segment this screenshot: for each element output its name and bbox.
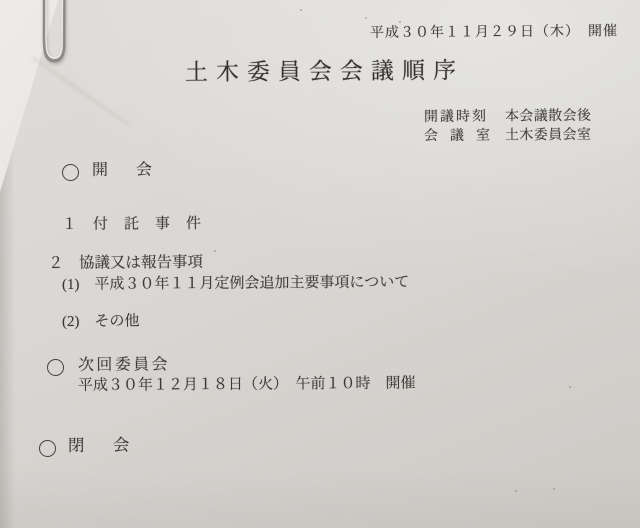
paper-speck <box>553 488 555 490</box>
meeting-room-label: 会議室 <box>424 128 502 145</box>
agenda-item-discussion-reports: ２ 協議又は報告事項 <box>48 254 203 274</box>
closing-item: 閉 会 <box>68 436 136 456</box>
opening-item: 開 会 <box>92 161 158 181</box>
meeting-room-value: 土木委員会室 <box>505 128 592 145</box>
circle-bullet-icon <box>39 440 56 457</box>
paperclip-icon <box>28 0 76 80</box>
meeting-time-value: 本会議散会後 <box>505 109 592 126</box>
meeting-room-row: 会議室 土木委員会室 <box>424 128 502 145</box>
meeting-time-row: 開議時刻 本会議散会後 <box>424 110 488 127</box>
next-meeting-item: 次回委員会 <box>78 355 170 375</box>
bottom-shading <box>0 468 640 528</box>
document-title: 土木委員会会議順序 <box>185 57 464 87</box>
next-meeting-datetime: 平成３０年１２月１８日（火） 午前１０時 開催 <box>78 375 416 395</box>
document-photo: 平成３０年１１月２９日（木） 開催 土木委員会会議順序 開議時刻 本会議散会後 … <box>0 0 640 528</box>
paper-speck <box>569 386 571 388</box>
paper-speck <box>515 490 517 492</box>
agenda-subitem-2: (2) その他 <box>62 312 140 331</box>
circle-bullet-icon <box>62 164 79 181</box>
circle-bullet-icon <box>47 359 64 376</box>
meeting-time-label: 開議時刻 <box>424 110 488 127</box>
agenda-subitem-1: (1) 平成３０年１１月定例会追加主要事項について <box>62 274 409 294</box>
paper-speck <box>300 9 302 11</box>
agenda-item-referred-matters: １ 付 託 事 件 <box>62 215 202 234</box>
paper-speck <box>365 17 367 19</box>
date-header: 平成３０年１１月２９日（木） 開催 <box>370 24 618 43</box>
paper-speck <box>399 21 401 23</box>
paper-speck <box>214 250 216 252</box>
